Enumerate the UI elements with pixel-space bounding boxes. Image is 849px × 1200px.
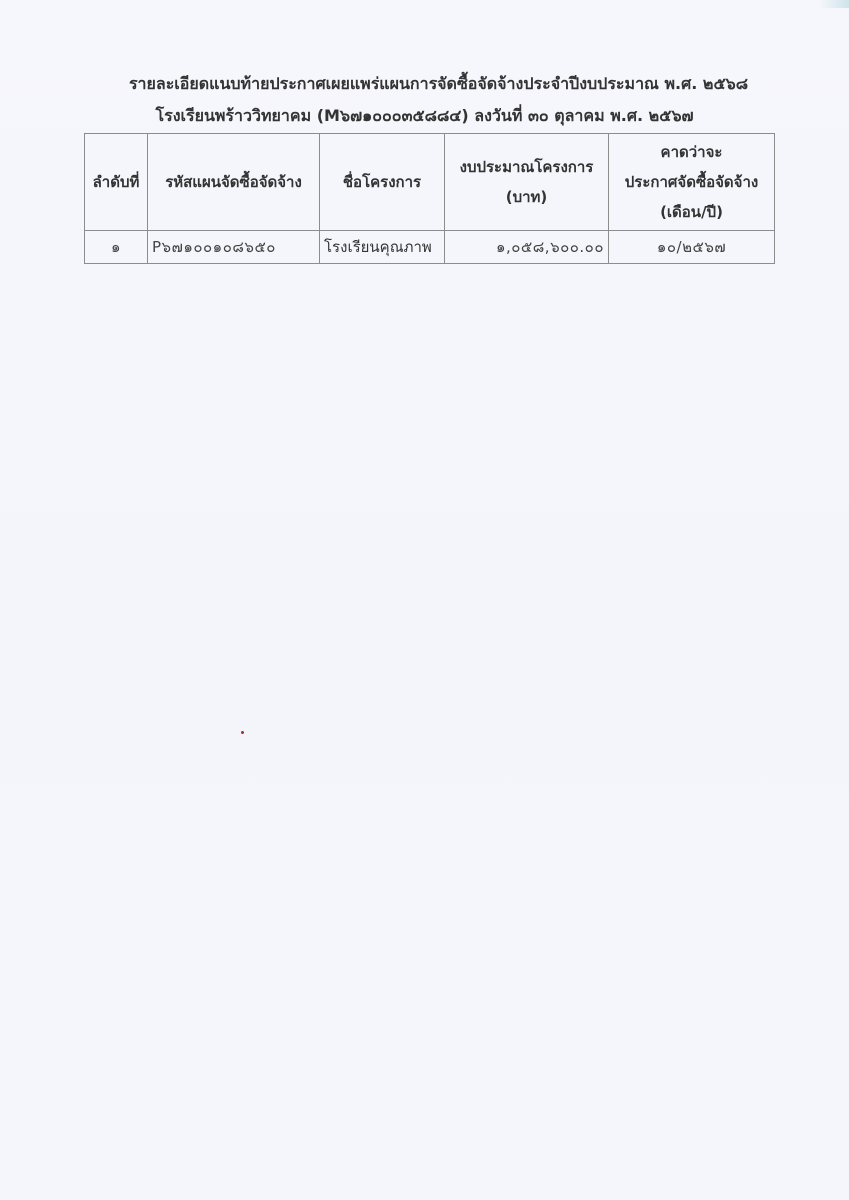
cell-plan-code: P๖๗๑๐๐๑๐๘๖๕๐: [148, 231, 320, 264]
header-expected-date: คาดว่าจะ ประกาศจัดซื้อจัดจ้าง (เดือน/ปี): [609, 134, 775, 231]
header-budget: งบประมาณโครงการ (บาท): [445, 134, 609, 231]
header-plan-code: รหัสแผนจัดซื้อจัดจ้าง: [148, 134, 320, 231]
cell-sequence: ๑: [85, 231, 148, 264]
cell-expected-date: ๑๐/๒๕๖๗: [609, 231, 775, 264]
scan-speck: [241, 731, 244, 734]
scan-edge-tint: [819, 0, 849, 8]
cell-budget: ๑,๐๕๘,๖๐๐.๐๐: [445, 231, 609, 264]
document-title: รายละเอียดแนบท้ายประกาศเผยแพร่แผนการจัดซ…: [14, 72, 849, 97]
document-subtitle: โรงเรียนพร้าววิทยาคม (M๖๗๑๐๐๐๓๕๘๘๔) ลงวั…: [0, 104, 849, 129]
document-page: รายละเอียดแนบท้ายประกาศเผยแพร่แผนการจัดซ…: [0, 0, 849, 1200]
header-sequence: ลำดับที่: [85, 134, 148, 231]
table-row: ๑ P๖๗๑๐๐๑๐๘๖๕๐ โรงเรียนคุณภาพ ๑,๐๕๘,๖๐๐.…: [85, 231, 775, 264]
procurement-plan-table: ลำดับที่ รหัสแผนจัดซื้อจัดจ้าง ชื่อโครงก…: [84, 133, 775, 264]
cell-project-name: โรงเรียนคุณภาพ: [320, 231, 445, 264]
table-header-row: ลำดับที่ รหัสแผนจัดซื้อจัดจ้าง ชื่อโครงก…: [85, 134, 775, 231]
header-project-name: ชื่อโครงการ: [320, 134, 445, 231]
